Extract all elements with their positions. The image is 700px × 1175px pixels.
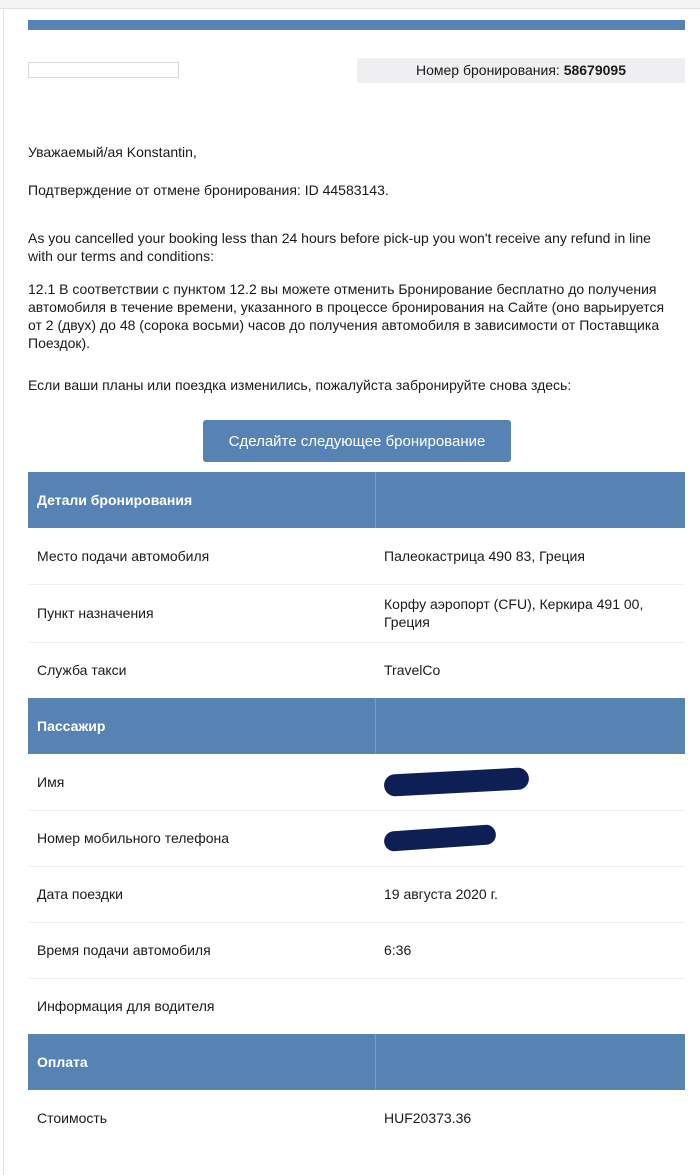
row-label: Номер мобильного телефона — [28, 810, 375, 866]
redacted-name-mark — [384, 767, 530, 797]
refund-notice: As you cancelled your booking less than … — [28, 229, 678, 265]
row-label: Информация для водителя — [28, 978, 375, 1034]
section-title: Оплата — [28, 1034, 375, 1090]
section-header-payment: Оплата — [28, 1034, 685, 1090]
row-value: 6:36 — [375, 922, 685, 978]
row-label: Время подачи автомобиля — [28, 922, 375, 978]
terms-clause: 12.1 В соответствии с пунктом 12.2 вы мо… — [28, 280, 673, 352]
header-accent-bar — [28, 20, 685, 30]
browser-top-edge — [0, 0, 700, 9]
row-value — [375, 978, 685, 1034]
section-header-passenger: Пассажир — [28, 698, 685, 754]
row-label: Имя — [28, 754, 375, 810]
table-row: Имя — [28, 754, 685, 810]
section-header-empty-cell — [375, 472, 685, 528]
section-title: Детали бронирования — [28, 472, 375, 528]
table-row: Стоимость HUF20373.36 — [28, 1090, 685, 1146]
section-header-empty-cell — [375, 698, 685, 754]
cta-container: Сделайте следующее бронирование — [203, 420, 511, 462]
booking-number-badge: Номер бронирования: 58679095 — [357, 58, 685, 83]
row-value — [375, 810, 685, 866]
rebook-prompt: Если ваши планы или поездка изменились, … — [28, 376, 678, 394]
table-row: Пункт назначения Корфу аэропорт (CFU), К… — [28, 584, 685, 642]
row-value: Корфу аэропорт (CFU), Керкира 491 00, Гр… — [375, 584, 685, 642]
redacted-phone-mark — [383, 824, 496, 852]
booking-number-label: Номер бронирования: — [416, 62, 560, 78]
logo-placeholder — [28, 62, 179, 78]
table-row: Номер мобильного телефона — [28, 810, 685, 866]
row-label: Стоимость — [28, 1090, 375, 1146]
table-row: Дата поездки 19 августа 2020 г. — [28, 866, 685, 922]
booking-number-value: 58679095 — [564, 62, 626, 78]
row-value: 19 августа 2020 г. — [375, 866, 685, 922]
section-header-booking-details: Детали бронирования — [28, 472, 685, 528]
cancellation-confirmation: Подтверждение от отмене бронирования: ID… — [28, 181, 678, 199]
section-header-empty-cell — [375, 1034, 685, 1090]
row-label: Служба такси — [28, 642, 375, 698]
row-value — [375, 754, 685, 810]
row-label: Пункт назначения — [28, 584, 375, 642]
table-row: Время подачи автомобиля 6:36 — [28, 922, 685, 978]
row-value: TravelCo — [375, 642, 685, 698]
make-next-booking-button[interactable]: Сделайте следующее бронирование — [203, 420, 511, 462]
row-label: Дата поездки — [28, 866, 375, 922]
table-row: Информация для водителя — [28, 978, 685, 1034]
table-row: Место подачи автомобиля Палеокастрица 49… — [28, 528, 685, 584]
row-value: HUF20373.36 — [375, 1090, 685, 1146]
table-row: Служба такси TravelCo — [28, 642, 685, 698]
section-title: Пассажир — [28, 698, 375, 754]
left-border — [3, 10, 4, 1175]
row-label: Место подачи автомобиля — [28, 528, 375, 584]
booking-details-table: Детали бронирования Место подачи автомоб… — [28, 472, 685, 1146]
row-value: Палеокастрица 490 83, Греция — [375, 528, 685, 584]
greeting: Уважаемый/ая Konstantin, — [28, 143, 678, 161]
